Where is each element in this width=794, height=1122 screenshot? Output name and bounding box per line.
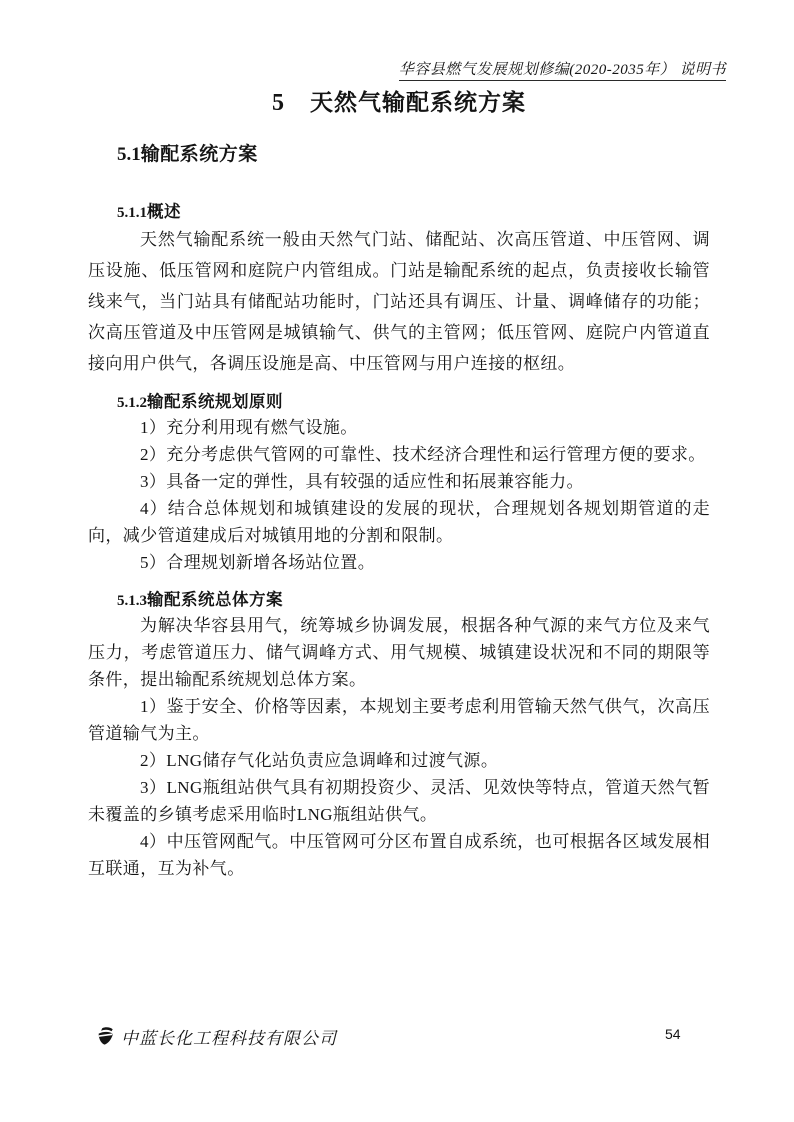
heading-5-1-2: 5.1.2输配系统规划原则 [117, 391, 710, 414]
running-header: 华容县燃气发展规划修编(2020-2035年） 说明书 [399, 58, 726, 79]
document-body: 5天然气输配系统方案 5.1输配系统方案 5.1.1概述 天然气输配系统一般由天… [88, 86, 710, 882]
paragraph-overall-plan: 为解决华容县用气，统筹城乡协调发展，根据各种气源的来气方位及来气压力，考虑管道压… [88, 612, 710, 693]
chapter-number: 5 [272, 90, 284, 116]
list-item: 1）充分利用现有燃气设施。 [88, 414, 710, 441]
company-logo-icon [94, 1027, 117, 1047]
list-item: 2）充分考虑供气管网的可靠性、技术经济合理性和运行管理方便的要求。 [88, 441, 710, 468]
heading-5-1-3-number: 5.1.3 [117, 593, 147, 609]
list-item: 3）具备一定的弹性，具有较强的适应性和拓展兼容能力。 [88, 468, 710, 495]
footer-company-name: 中蓝长化工程科技有限公司 [121, 1024, 337, 1049]
list-item: 5）合理规划新增各场站位置。 [88, 549, 710, 576]
document-page: 华容县燃气发展规划修编(2020-2035年） 说明书 5天然气输配系统方案 5… [0, 0, 794, 1122]
heading-5-1-2-text: 输配系统规划原则 [147, 393, 283, 411]
running-header-text: 华容县燃气发展规划修编(2020-2035年） 说明书 [399, 62, 726, 81]
heading-5-1-3: 5.1.3输配系统总体方案 [117, 589, 710, 612]
list-item: 1）鉴于安全、价格等因素，本规划主要考虑利用管输天然气供气，次高压管道输气为主。 [88, 693, 710, 747]
list-item: 3）LNG瓶组站供气具有初期投资少、灵活、见效快等特点，管道天然气暂未覆盖的乡镇… [88, 774, 710, 828]
heading-5-1-number: 5.1 [117, 144, 141, 165]
list-item: 4）中压管网配气。中压管网可分区布置自成系统，也可根据各区域发展相互联通，互为补… [88, 828, 710, 882]
page-number: 54 [665, 1026, 681, 1042]
heading-5-1-3-text: 输配系统总体方案 [147, 591, 283, 609]
list-item: 2）LNG储存气化站负责应急调峰和过渡气源。 [88, 747, 710, 774]
heading-5-1-2-number: 5.1.2 [117, 395, 147, 411]
footer-company: 中蓝长化工程科技有限公司 [95, 1024, 337, 1049]
heading-5-1-1-number: 5.1.1 [117, 205, 147, 221]
paragraph-overview: 天然气输配系统一般由天然气门站、储配站、次高压管道、中压管网、调压设施、低压管网… [88, 224, 710, 379]
list-item: 4）结合总体规划和城镇建设的发展的现状，合理规划各规划期管道的走向，减少管道建成… [88, 495, 710, 549]
chapter-title-text: 天然气输配系统方案 [310, 89, 526, 115]
heading-5-1-1: 5.1.1概述 [117, 201, 710, 224]
heading-5-1: 5.1输配系统方案 [117, 142, 710, 167]
heading-5-1-1-text: 概述 [147, 203, 181, 221]
page-footer: 中蓝长化工程科技有限公司 54 [95, 1024, 715, 1052]
heading-5-1-text: 输配系统方案 [141, 144, 258, 165]
chapter-title: 5天然气输配系统方案 [88, 86, 710, 119]
